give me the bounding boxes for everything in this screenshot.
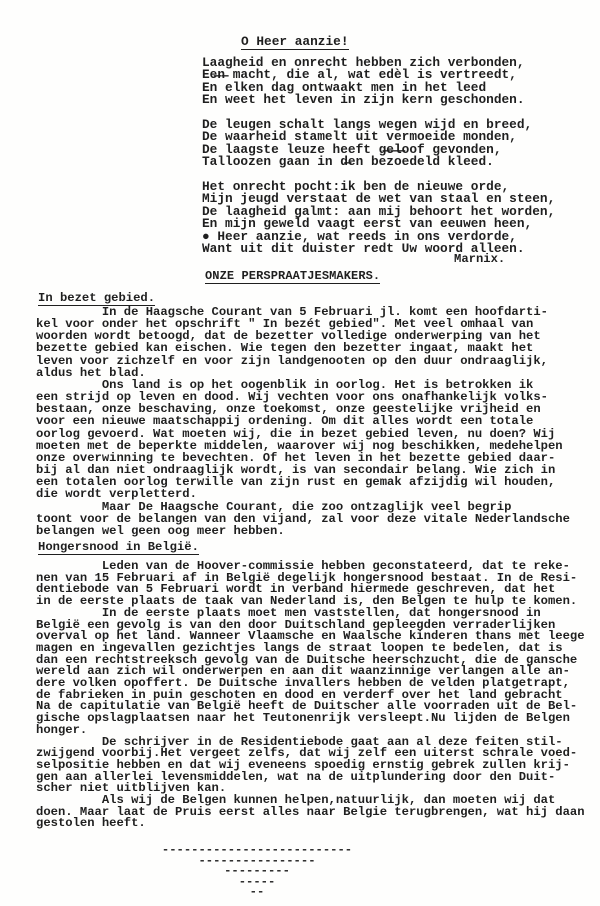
poem-title: O Heer aanzie! xyxy=(241,35,349,50)
heading-hongersnood-in-belgie: Hongersnood in België. xyxy=(38,541,199,555)
rubric-heading-text: ONZE PERSPRAATJESMAKERS. xyxy=(205,270,380,284)
separator-dashes: -------------------------- -------------… xyxy=(0,845,514,898)
document-page: O Heer aanzie! Laagheid en onrecht hebbe… xyxy=(0,0,600,906)
heading-hongersnood-in-belgie-text: Hongersnood in België. xyxy=(38,541,199,555)
poem-body: Laagheid en onrecht hebben zich verbonde… xyxy=(202,57,555,256)
body-hongersnood-in-belgie: Leden van de Hoover-commissie hebben gec… xyxy=(36,561,585,830)
poem-attribution: Marnix. xyxy=(454,253,505,265)
rubric-heading: ONZE PERSPRAATJESMAKERS. xyxy=(205,270,380,284)
poem-title-text: O Heer aanzie! xyxy=(241,35,349,50)
body-in-bezet-gebied: In de Haagsche Courant van 5 Februari jl… xyxy=(36,306,570,537)
